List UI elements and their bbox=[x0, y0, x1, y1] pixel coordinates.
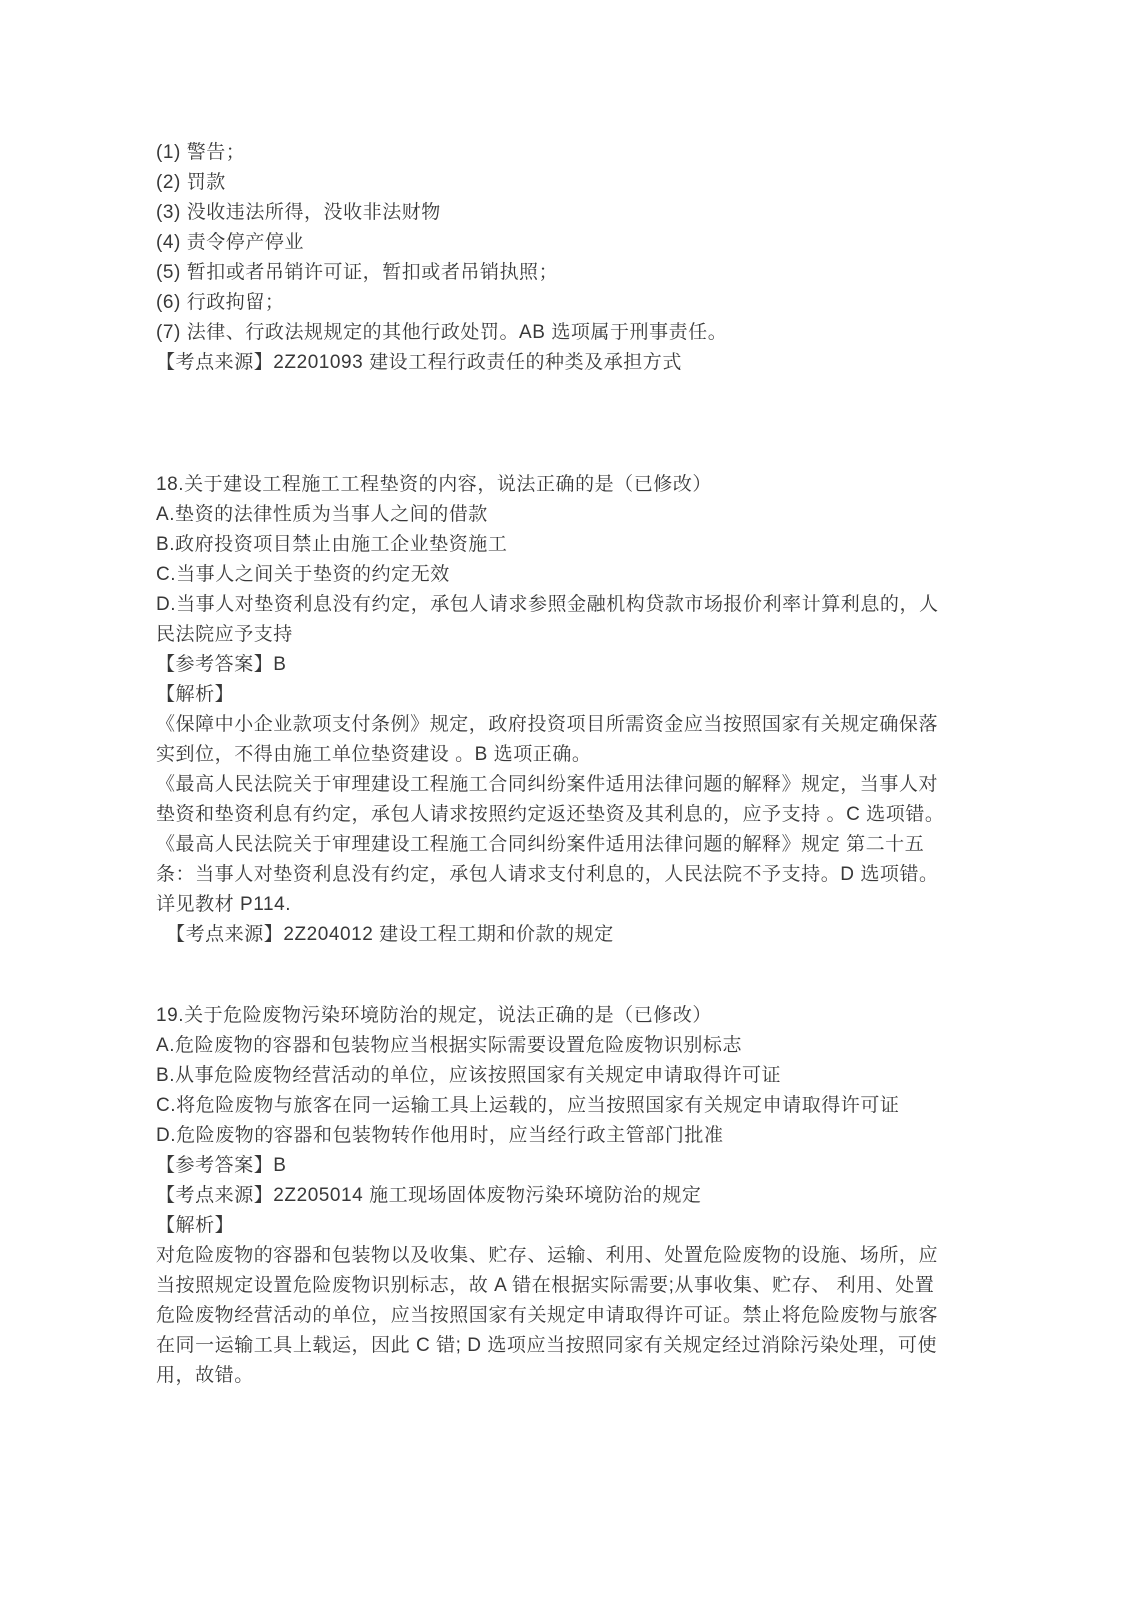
document-line: 条：当事人对垫资利息没有约定，承包人请求支付利息的，人民法院不予支持。D 选项错… bbox=[156, 860, 1016, 890]
document-line: 用，故错。 bbox=[156, 1361, 1016, 1391]
document-line: 垫资和垫资利息有约定，承包人请求按照约定返还垫资及其利息的，应予支持 。C 选项… bbox=[156, 800, 1016, 830]
document-line: (1) 警告； bbox=[156, 138, 1016, 168]
document-line: (3) 没收违法所得，没收非法财物 bbox=[156, 198, 1016, 228]
document-line: 【考点来源】2Z205014 施工现场固体废物污染环境防治的规定 bbox=[156, 1181, 1016, 1211]
document-line: 在同一运输工具上载运，因此 C 错; D 选项应当按照同家有关规定经过消除污染处… bbox=[156, 1331, 1016, 1361]
document-line: 实到位，不得由施工单位垫资建设 。B 选项正确。 bbox=[156, 740, 1016, 770]
document-line: (5) 暂扣或者吊销许可证，暂扣或者吊销执照； bbox=[156, 258, 1016, 288]
document-line: 《保障中小企业款项支付条例》规定，政府投资项目所需资金应当按照国家有关规定确保落 bbox=[156, 710, 1016, 740]
document-line: 当按照规定设置危险废物识别标志，故 A 错在根据实际需要;从事收集、贮存、 利用… bbox=[156, 1271, 1016, 1301]
document-line: 19.关于危险废物污染环境防治的规定，说法正确的是（已修改） bbox=[156, 1001, 1016, 1031]
document-line: (6) 行政拘留； bbox=[156, 288, 1016, 318]
document-line: 【参考答案】B bbox=[156, 650, 1016, 680]
document-line: C.当事人之间关于垫资的约定无效 bbox=[156, 560, 1016, 590]
document-page: (1) 警告；(2) 罚款(3) 没收违法所得，没收非法财物(4) 责令停产停业… bbox=[0, 0, 1131, 1600]
document-line: 《最高人民法院关于审理建设工程施工合同纠纷案件适用法律问题的解释》规定 第二十五 bbox=[156, 830, 1016, 860]
document-line: A.垫资的法律性质为当事人之间的借款 bbox=[156, 500, 1016, 530]
document-line: (4) 责令停产停业 bbox=[156, 228, 1016, 258]
document-line: 【参考答案】B bbox=[156, 1151, 1016, 1181]
document-line: B.政府投资项目禁止由施工企业垫资施工 bbox=[156, 530, 1016, 560]
question-18: 18.关于建设工程施工工程垫资的内容，说法正确的是（已修改）A.垫资的法律性质为… bbox=[156, 470, 1016, 950]
document-content: (1) 警告；(2) 罚款(3) 没收违法所得，没收非法财物(4) 责令停产停业… bbox=[156, 138, 1016, 1391]
document-line: C.将危险废物与旅客在同一运输工具上运载的，应当按照国家有关规定申请取得许可证 bbox=[156, 1091, 1016, 1121]
document-line: 详见教材 P114. bbox=[156, 890, 1016, 920]
document-line: 【解析】 bbox=[156, 680, 1016, 710]
document-line: 18.关于建设工程施工工程垫资的内容，说法正确的是（已修改） bbox=[156, 470, 1016, 500]
document-line: 【解析】 bbox=[156, 1211, 1016, 1241]
document-line: 《最高人民法院关于审理建设工程施工合同纠纷案件适用法律问题的解释》规定，当事人对 bbox=[156, 770, 1016, 800]
document-line: A.危险废物的容器和包装物应当根据实际需要设置危险废物识别标志 bbox=[156, 1031, 1016, 1061]
question-17-answer-tail: (1) 警告；(2) 罚款(3) 没收违法所得，没收非法财物(4) 责令停产停业… bbox=[156, 138, 1016, 378]
document-line: 【考点来源】2Z201093 建设工程行政责任的种类及承担方式 bbox=[156, 348, 1016, 378]
document-line: D.当事人对垫资利息没有约定，承包人请求参照金融机构贷款市场报价利率计算利息的，… bbox=[156, 590, 1016, 620]
question-19: 19.关于危险废物污染环境防治的规定，说法正确的是（已修改）A.危险废物的容器和… bbox=[156, 1001, 1016, 1391]
document-line: 民法院应予支持 bbox=[156, 620, 1016, 650]
document-line: (7) 法律、行政法规规定的其他行政处罚。AB 选项属于刑事责任。 bbox=[156, 318, 1016, 348]
document-line: B.从事危险废物经营活动的单位，应该按照国家有关规定申请取得许可证 bbox=[156, 1061, 1016, 1091]
document-line: D.危险废物的容器和包装物转作他用时，应当经行政主管部门批准 bbox=[156, 1121, 1016, 1151]
document-line: 对危险废物的容器和包装物以及收集、贮存、运输、利用、处置危险废物的设施、场所，应 bbox=[156, 1241, 1016, 1271]
document-line: (2) 罚款 bbox=[156, 168, 1016, 198]
document-line: 【考点来源】2Z204012 建设工程工期和价款的规定 bbox=[156, 920, 1016, 950]
document-line: 危险废物经营活动的单位，应当按照国家有关规定申请取得许可证。禁止将危险废物与旅客 bbox=[156, 1301, 1016, 1331]
